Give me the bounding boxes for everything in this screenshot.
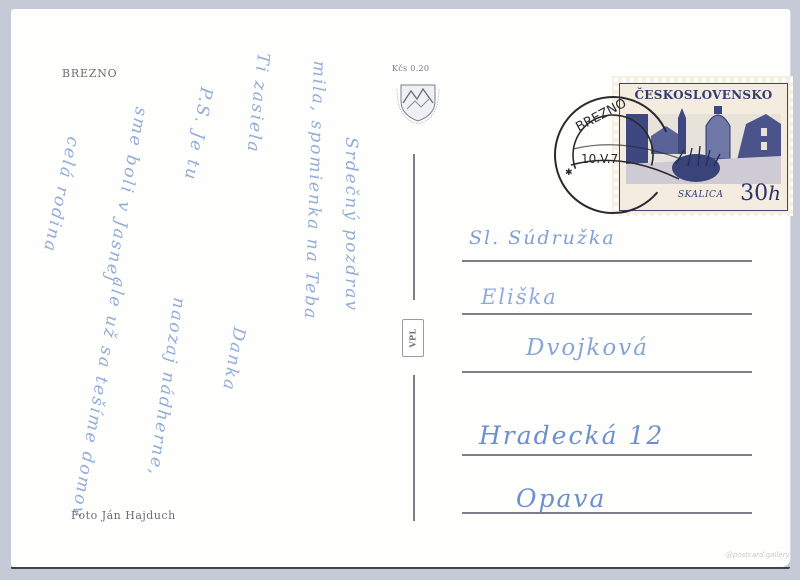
- message-line-8: ale už sa tešíme domov: [67, 276, 129, 520]
- svg-text:✱: ✱: [565, 168, 573, 178]
- mountain-shield-icon: [391, 71, 445, 125]
- message-line-5: naozaj nádherne,: [144, 296, 189, 478]
- message-line-7: sme boli v Jasnej: [100, 106, 151, 285]
- town-engraving-icon: [626, 104, 781, 184]
- message-line-2: mila, spomienka na Teba: [300, 60, 329, 320]
- divider-line-top: [413, 154, 415, 300]
- address-salutation: Sl. Súdruž­ka: [469, 227, 616, 249]
- message-line-9: celá rodina: [39, 135, 83, 255]
- address-line-3: [462, 371, 752, 373]
- address-line-5: [462, 512, 752, 514]
- publisher-mark: VPL: [402, 319, 424, 357]
- stamp-place: SKALICA: [678, 190, 723, 200]
- address-line-4: [462, 454, 752, 456]
- stamp-country: ČESKOSLOVENSKO: [620, 88, 787, 102]
- message-line-1: Srdečný pozdrav: [341, 137, 361, 312]
- publisher-mark-text: VPL: [408, 328, 418, 347]
- stamp-face: ČESKOSLOVENSKO SKALICA 30h: [619, 83, 788, 211]
- divider-line-bottom: [413, 375, 415, 521]
- watermark: @postcard.gallery: [726, 551, 790, 559]
- message-line-4: P.S. Je tu: [180, 86, 216, 183]
- emblem-price: Kčs 0.20: [392, 64, 429, 73]
- address-first-name: Eliška: [481, 285, 558, 309]
- address-city: Opava: [516, 484, 606, 513]
- message-line-6: Danka: [218, 326, 249, 394]
- address-line-1: [462, 260, 752, 262]
- postage-stamp: ČESKOSLOVENSKO SKALICA 30h: [612, 76, 793, 216]
- photo-credit: Foto Ján Hajduch: [71, 509, 176, 522]
- address-line-2: [462, 313, 752, 315]
- address-surname: Dvojková: [526, 335, 649, 361]
- stamp-value: 30h: [740, 181, 781, 206]
- message-line-3: Ti zasiela: [243, 52, 273, 155]
- postcard-back: BREZNO Kčs 0.20 VPL ČESKOSLOVENSKO: [11, 9, 790, 567]
- city-label: BREZNO: [62, 67, 117, 80]
- stamp-value-unit: h: [768, 181, 781, 205]
- stamp-value-number: 30: [740, 181, 768, 206]
- address-street: Hradecká 12: [479, 421, 664, 450]
